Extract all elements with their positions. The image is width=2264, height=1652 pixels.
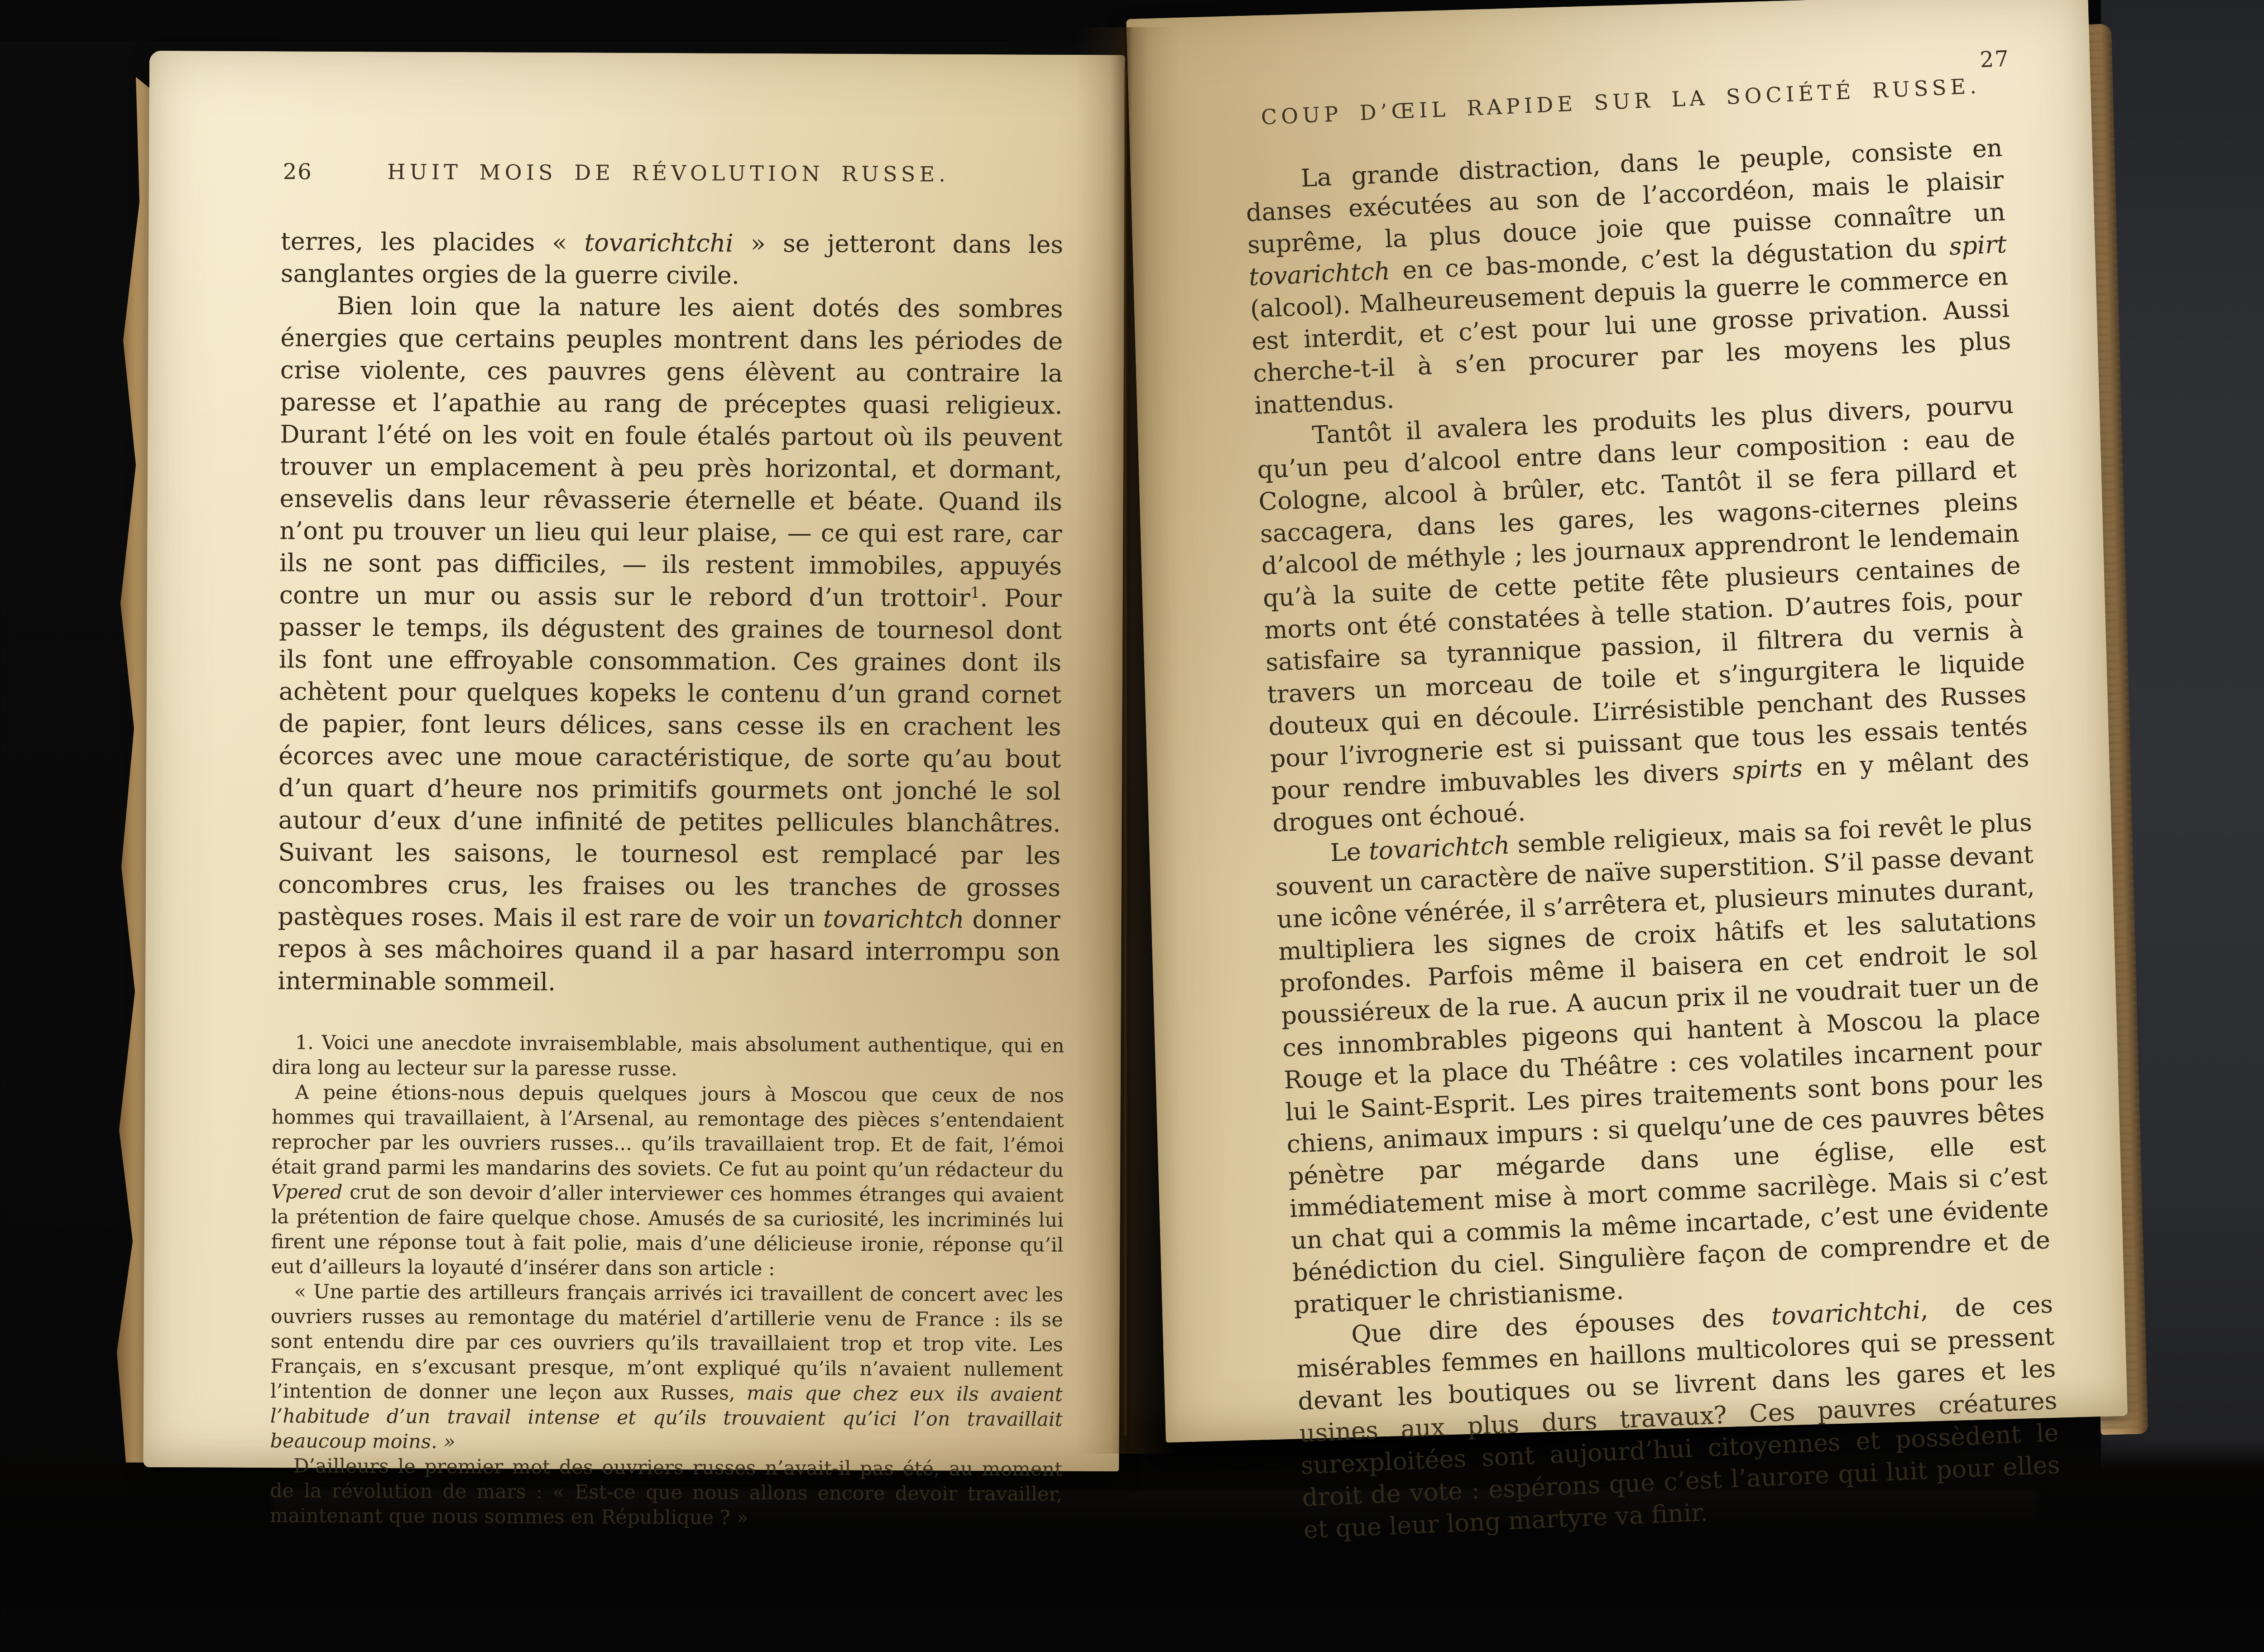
- photo-of-open-book: 26 HUIT MOIS DE RÉVOLUTION RUSSE. terres…: [0, 0, 2264, 1652]
- right-running-title: COUP D’ŒIL RAPIDE SUR LA SOCIÉTÉ RUSSE.: [1242, 73, 2000, 130]
- paragraph: La grande distraction, dans le peuple, c…: [1244, 132, 2013, 422]
- left-page-content: 26 HUIT MOIS DE RÉVOLUTION RUSSE. terres…: [143, 51, 1125, 1471]
- paragraph: Tantôt il avalera les produits les plus …: [1255, 389, 2031, 839]
- left-page-header: 26 HUIT MOIS DE RÉVOLUTION RUSSE.: [280, 159, 1057, 187]
- right-page-header: 27 COUP D’ŒIL RAPIDE SUR LA SOCIÉTÉ RUSS…: [1242, 73, 2000, 130]
- paragraph: 1. Voici une anecdote invraisemblable, m…: [272, 1030, 1064, 1084]
- paragraph: Le tovarichtch semble religieux, mais sa…: [1273, 806, 2052, 1321]
- paragraph: « Une partie des artilleurs français arr…: [270, 1279, 1063, 1457]
- right-page-body: La grande distraction, dans le peuple, c…: [1244, 132, 2062, 1546]
- paragraph: D’ailleurs le premier mot des ouvriers r…: [270, 1454, 1063, 1532]
- right-page-number: 27: [1979, 46, 2010, 73]
- book-gutter-crease: [1124, 68, 1127, 1436]
- left-running-title: HUIT MOIS DE RÉVOLUTION RUSSE.: [280, 159, 1057, 187]
- paragraph: Bien loin que la nature les aient dotés …: [278, 289, 1063, 1000]
- paragraph: Que dire des épouses des tovarichtchi, d…: [1295, 1288, 2062, 1546]
- paragraph: A peine étions-nous depuis quelques jour…: [271, 1080, 1064, 1283]
- right-page-content: 27 COUP D’ŒIL RAPIDE SUR LA SOCIÉTÉ RUSS…: [1124, 0, 2148, 1444]
- open-book: 26 HUIT MOIS DE RÉVOLUTION RUSSE. terres…: [0, 0, 2264, 1652]
- left-page-number: 26: [283, 159, 312, 184]
- left-page-body: terres, les placides « tovarichtchi » se…: [278, 225, 1063, 1000]
- right-page: 27 COUP D’ŒIL RAPIDE SUR LA SOCIÉTÉ RUSS…: [1126, 0, 2128, 1443]
- left-page: 26 HUIT MOIS DE RÉVOLUTION RUSSE. terres…: [143, 51, 1125, 1471]
- paragraph: terres, les placides « tovarichtchi » se…: [281, 225, 1064, 293]
- left-page-footnote: 1. Voici une anecdote invraisemblable, m…: [270, 1030, 1065, 1532]
